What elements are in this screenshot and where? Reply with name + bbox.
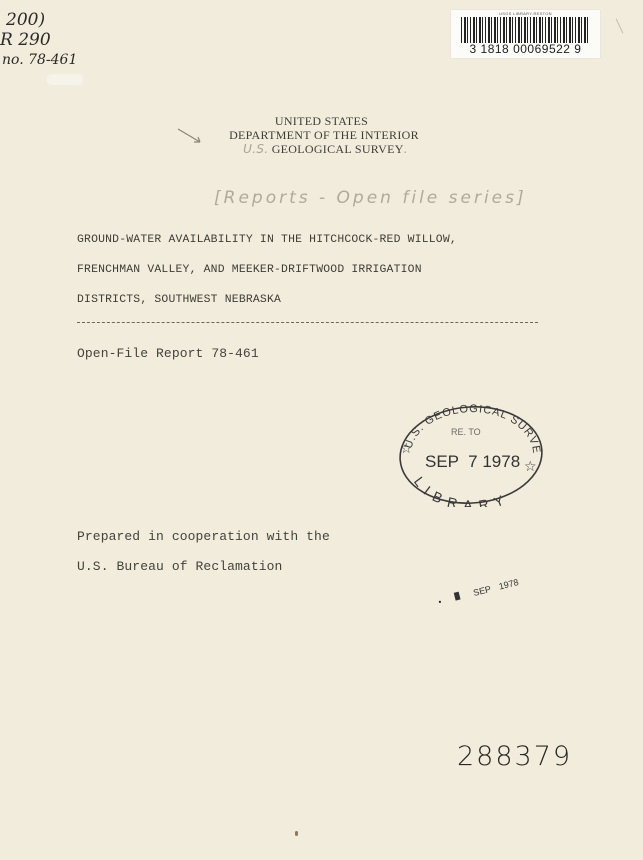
stamp-glyph-icon <box>454 591 461 600</box>
small-date-stamp-text: SEP 1978 <box>472 577 519 598</box>
pencil-tick-mark <box>616 19 624 34</box>
stamp-bottom-arc-text: LIBRARY <box>411 474 513 507</box>
report-title-line-2: FRENCHMAN VALLEY, AND MEEKER-DRIFTWOOD I… <box>77 264 422 276</box>
report-title-line-1: GROUND-WATER AVAILABILITY IN THE HITCHCO… <box>77 234 457 246</box>
title-divider <box>77 322 538 323</box>
paper-smudge <box>295 831 298 836</box>
cooperation-line-2: U.S. Bureau of Reclamation <box>77 559 282 574</box>
handwritten-call-number: 200) R 290 no. 78-461 <box>0 10 77 70</box>
accession-number: 288379 <box>457 741 572 772</box>
agency-line-2: DEPARTMENT OF THE INTERIOR <box>0 128 643 142</box>
library-received-stamp: U.S. GEOLOGICAL SURVEY RE. TO ☆ ☆ SEP 7 … <box>397 399 545 507</box>
barcode-library-name: USGS LIBRARY-RESTON <box>451 11 600 16</box>
barcode-icon <box>461 17 590 43</box>
call-number-line-2: R 290 <box>0 30 77 50</box>
star-icon: ☆ <box>400 441 413 457</box>
stamp-date: SEP 7 1978 <box>425 452 520 471</box>
stamp-oval-icon: U.S. GEOLOGICAL SURVEY RE. TO ☆ ☆ SEP 7 … <box>397 399 545 507</box>
call-number-line-1: 200) <box>0 10 77 30</box>
star-icon: ☆ <box>524 459 537 475</box>
series-annotation: [Reports - Open file series] <box>214 188 527 208</box>
stamp-subline: RE. TO <box>451 427 481 437</box>
pencil-arrow-icon <box>176 126 206 146</box>
handwritten-us-prefix: U.S. <box>243 142 268 156</box>
report-title-line-3: DISTRICTS, SOUTHWEST NEBRASKA <box>77 294 281 306</box>
small-date-stamp: • SEP 1978 <box>435 572 520 610</box>
agency-line-1: UNITED STATES <box>0 114 643 128</box>
agency-survey-name: GEOLOGICAL SURVEY <box>272 142 404 156</box>
agency-line-3: U.S. GEOLOGICAL SURVEY. <box>0 142 643 156</box>
agency-header: UNITED STATES DEPARTMENT OF THE INTERIOR… <box>0 114 643 156</box>
correction-tape-mark <box>47 74 83 85</box>
svg-text:LIBRARY: LIBRARY <box>411 474 513 507</box>
call-number-line-3: no. 78-461 <box>0 50 77 70</box>
library-barcode-label: USGS LIBRARY-RESTON 3 1818 00069522 9 <box>451 10 600 58</box>
bullet-mark: • <box>437 598 444 608</box>
report-number: Open-File Report 78-461 <box>77 346 259 361</box>
cooperation-line-1: Prepared in cooperation with the <box>77 529 330 544</box>
barcode-number: 3 1818 00069522 9 <box>451 42 600 56</box>
